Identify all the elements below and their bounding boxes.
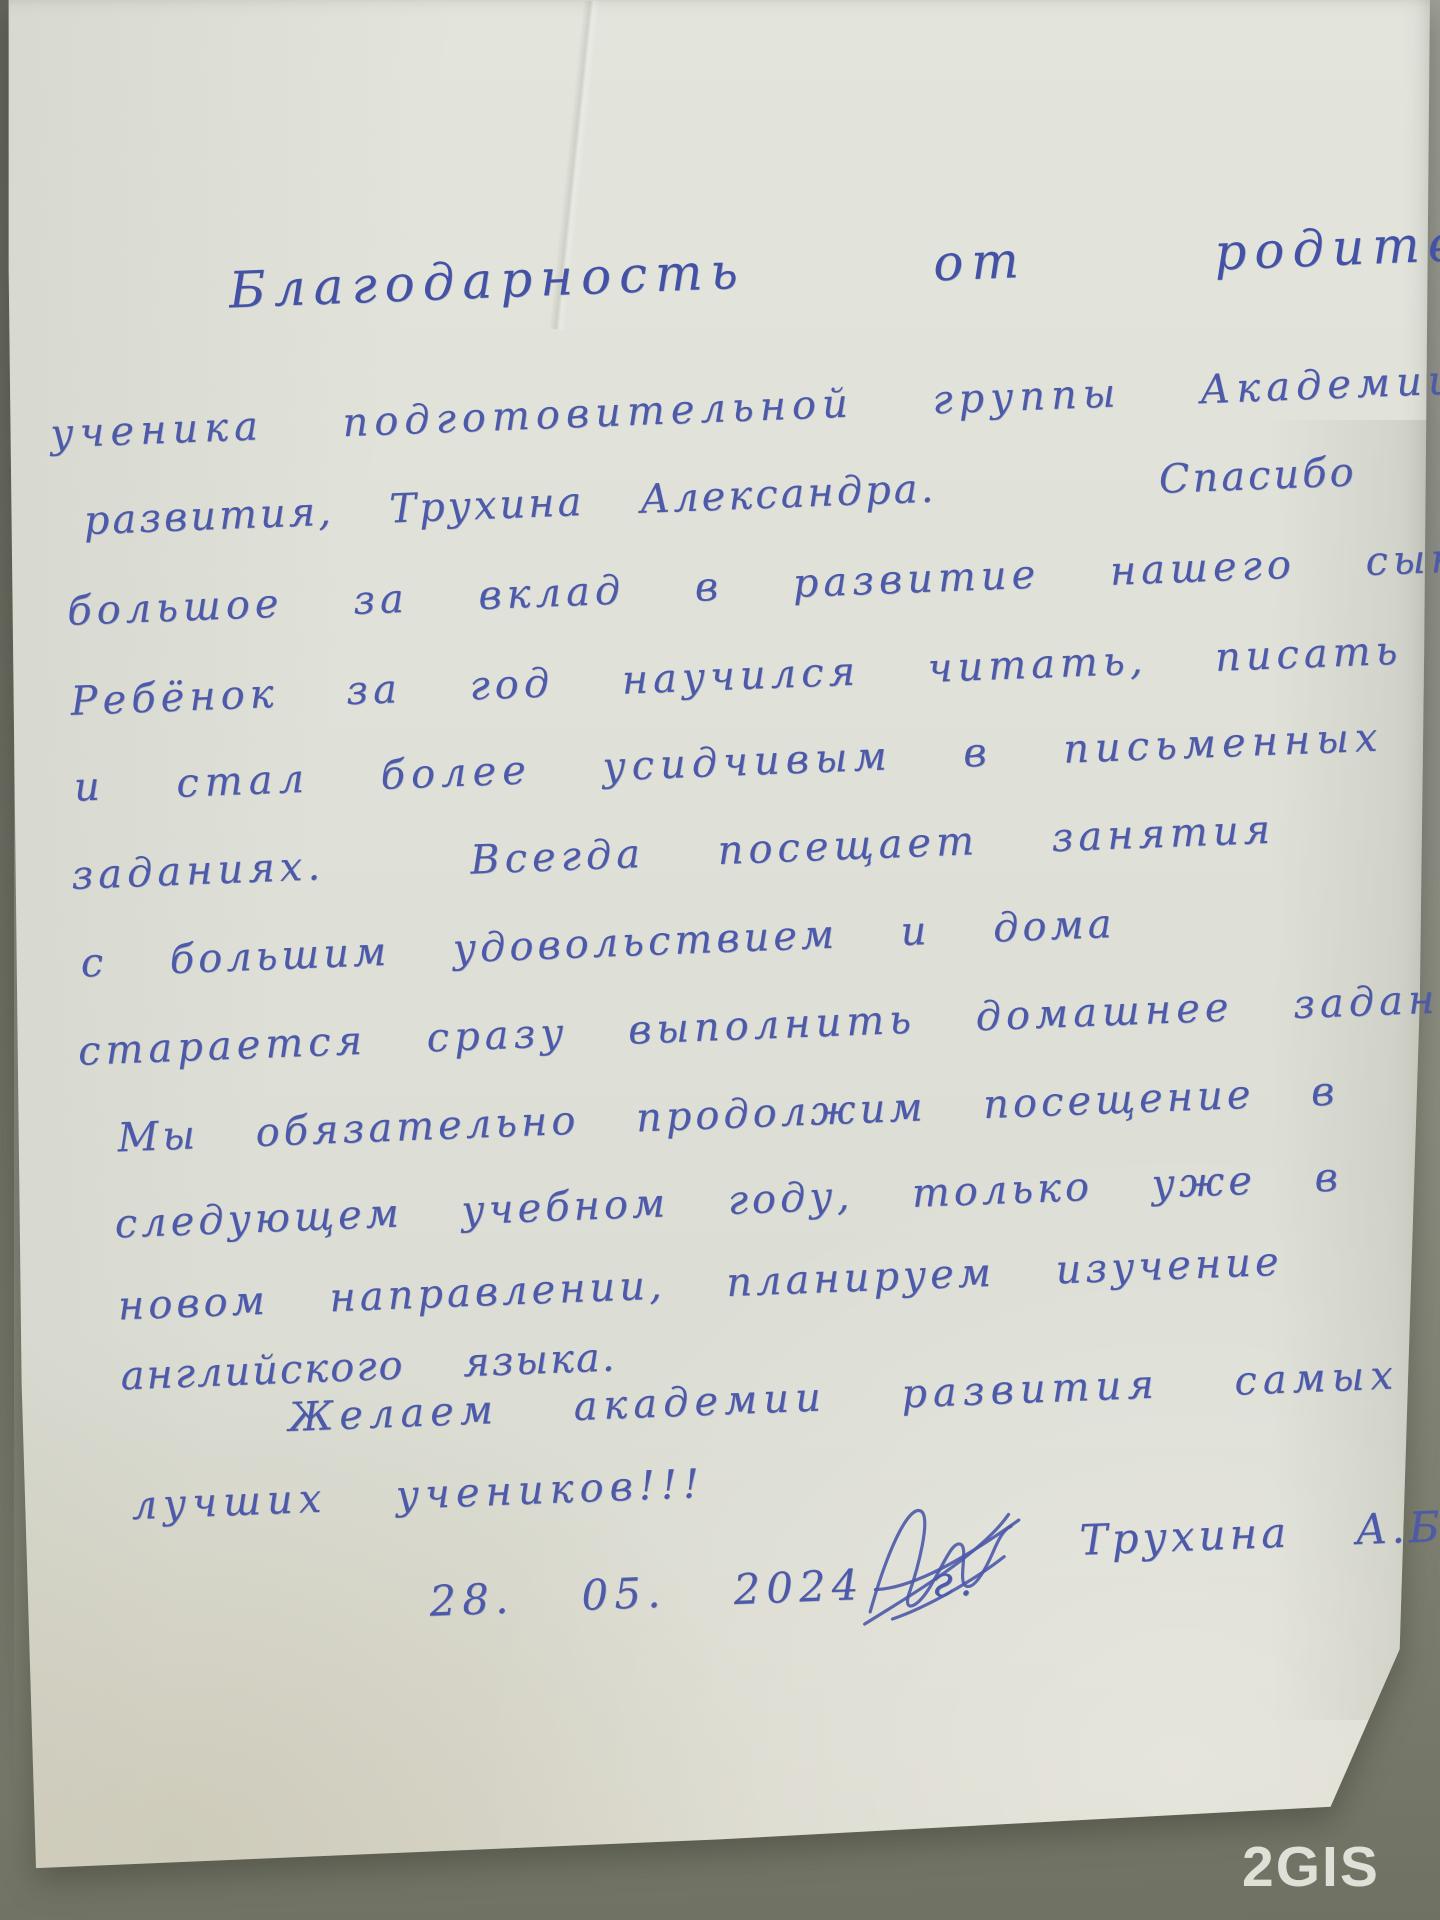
- signature-scribble: [852, 1484, 1078, 1642]
- letter-line: Ребёнок за год научился читать, писать: [70, 631, 1403, 722]
- letter-line: и стал более усидчивым в письменных: [73, 718, 1384, 808]
- handwritten-letter: Благодарность от родителей ученика подго…: [0, 0, 1440, 1920]
- letter-line: Мы обязательно продолжим посещение в: [117, 1072, 1339, 1159]
- letter-line: большое за вклад в развитие нашего сына.: [66, 537, 1440, 632]
- letter-line: следующем учебном году, только уже в: [114, 1157, 1343, 1244]
- letter-line: лучших учеников!!!: [131, 1464, 706, 1526]
- signature-name: Трухина А.Б.: [1079, 1505, 1440, 1562]
- letter-line: развития, Трухина Александра. Спасибо: [83, 452, 1357, 541]
- letter-line: старается сразу выполнить домашнее задан…: [77, 977, 1440, 1072]
- letter-line: с большим удовольствием и дома: [80, 904, 1116, 984]
- photo-background-wall: Благодарность от родителей ученика подго…: [0, 0, 1440, 1920]
- letter-line: новом направлении, планируем изучение: [117, 1242, 1283, 1327]
- letter-title: Благодарность от родителей: [228, 214, 1440, 316]
- letter-line: ученика подготовительной группы Академии: [50, 360, 1440, 454]
- letter-line: заданиях. Всегда посещает занятия: [71, 810, 1276, 896]
- watermark-2gis: 2GIS: [1242, 1834, 1380, 1900]
